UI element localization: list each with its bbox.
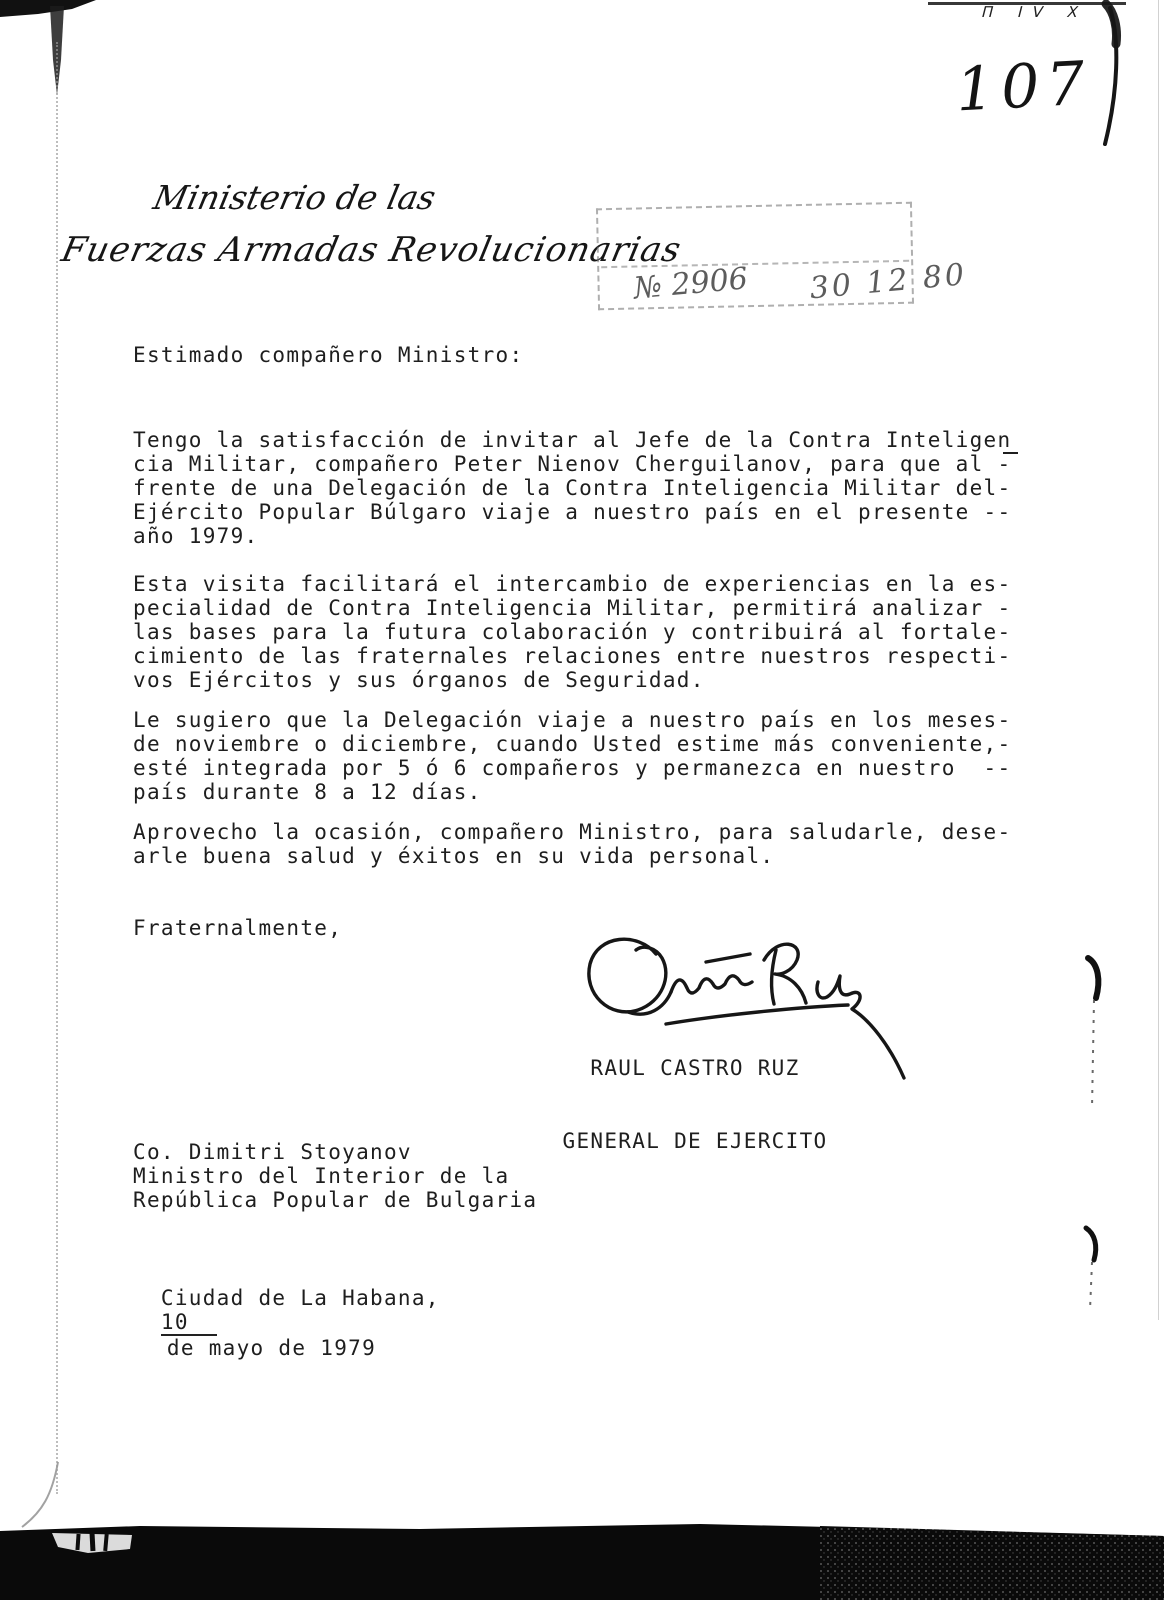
date-rest: de mayo de 1979 bbox=[167, 1336, 376, 1360]
stamp-number: № 2906 bbox=[632, 261, 749, 306]
left-fold-dotted-line bbox=[56, 42, 58, 1494]
letter-paragraph-4: Aprovecho la ocasión, compañero Ministro… bbox=[133, 820, 1011, 868]
date-line: Ciudad de La Habana, 10 de mayo de 1979 bbox=[133, 1262, 440, 1360]
date-city: Ciudad de La Habana, bbox=[161, 1286, 440, 1310]
hyphenation-underline bbox=[1003, 452, 1018, 454]
top-margin-marks: П IV X bbox=[980, 3, 1090, 21]
signature-block: RAUL CASTRO RUZ GENERAL DE EJERCITO bbox=[555, 1008, 835, 1178]
closing: Fraternalmente, bbox=[133, 916, 342, 940]
letter-paragraph-3: Le sugiero que la Delegación viaje a nue… bbox=[133, 708, 1011, 804]
addressee-block: Co. Dimitri Stoyanov Ministro del Interi… bbox=[133, 1140, 537, 1212]
registry-stamp: № 2906 30 12 80 bbox=[596, 202, 914, 311]
signatory-name: RAUL CASTRO RUZ bbox=[555, 1056, 835, 1081]
letterhead-line2: Fuerzas Armadas Revolucionarias bbox=[58, 230, 685, 270]
stamp-date: 30 12 80 bbox=[808, 257, 968, 306]
letter-paragraph-2: Esta visita facilitará el intercambio de… bbox=[133, 572, 1011, 692]
right-page-edge-line bbox=[1158, 0, 1159, 1320]
date-day: 10 bbox=[161, 1310, 217, 1336]
salutation: Estimado compañero Ministro: bbox=[133, 343, 523, 367]
handwritten-page-number: 107 bbox=[954, 49, 1093, 126]
letter-paragraph-1: Tengo la satisfacción de invitar al Jefe… bbox=[133, 428, 1011, 548]
letterhead-line1: Ministerio de las bbox=[150, 178, 439, 217]
signatory-title: GENERAL DE EJERCITO bbox=[555, 1129, 835, 1154]
scanned-letter-page: { "page": { "handwritten_page_number": "… bbox=[0, 0, 1164, 1600]
